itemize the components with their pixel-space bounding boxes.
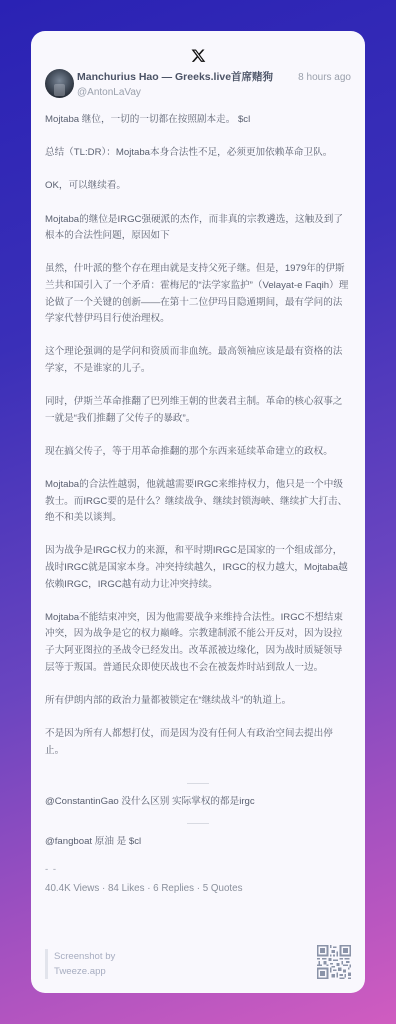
screenshot-credit: Screenshot by Tweeze.app bbox=[45, 949, 115, 979]
author-header: Manchurius Hao — Greeks.live首席赌狗 8 hours… bbox=[45, 69, 351, 98]
post-time: 8 hours ago bbox=[298, 72, 351, 83]
post-paragraph: Mojtaba的合法性越弱，他就越需要IRGC来维持权力，他只是一个中级教士。而… bbox=[45, 477, 351, 527]
thread-reply: @fangboat 原油 是 $cl bbox=[45, 834, 351, 851]
post-paragraph: 同时，伊斯兰革命推翻了巴列维王朝的世袭君主制。革命的核心叙事之一就是“我们推翻了… bbox=[45, 394, 351, 427]
author-display-name[interactable]: Manchurius Hao — Greeks.live首席赌狗 bbox=[77, 69, 273, 84]
post-paragraph: Mojtaba不能结束冲突，因为他需要战争来维持合法性。IRGC不想结束冲突，因… bbox=[45, 610, 351, 676]
avatar[interactable] bbox=[45, 69, 74, 98]
post-paragraph: Mojtaba 继位，一切的一切都在按照剧本走。 $cl bbox=[45, 112, 351, 129]
post-body: Mojtaba 继位，一切的一切都在按照剧本走。 $cl 总结（TL:DR）：M… bbox=[45, 112, 351, 894]
author-handle[interactable]: @AntonLaVay bbox=[77, 87, 351, 98]
post-paragraph: 现在搞父传子，等于用革命推翻的那个东西来延续革命建立的政权。 bbox=[45, 444, 351, 461]
post-paragraph: Mojtaba的继位是IRGC强硬派的杰作，而非真的宗教遴选，这触及到了根本的合… bbox=[45, 212, 351, 245]
post-paragraph: 所有伊朗内部的政治力量都被锁定在“继续战斗”的轨道上。 bbox=[45, 693, 351, 710]
x-logo-icon bbox=[45, 45, 351, 65]
credit-line: Screenshot by bbox=[54, 949, 115, 964]
post-paragraph: 因为战争是IRGC权力的来源，和平时期IRGC是国家的一个组成部分，战时IRGC… bbox=[45, 543, 351, 593]
post-paragraph: 虽然，什叶派的整个存在理由就是支持父死子继。但是，1979年的伊斯兰共和国引入了… bbox=[45, 261, 351, 327]
thread-divider bbox=[187, 783, 209, 784]
tweet-card: Manchurius Hao — Greeks.live首席赌狗 8 hours… bbox=[31, 31, 365, 993]
engagement-stats: 40.4K Views · 84 Likes · 6 Replies · 5 Q… bbox=[45, 883, 351, 894]
footer: Screenshot by Tweeze.app bbox=[45, 945, 351, 979]
qr-code-icon bbox=[317, 945, 351, 979]
post-paragraph: 总结（TL:DR）：Mojtaba本身合法性不足，必须更加依赖革命卫队。 bbox=[45, 145, 351, 162]
thread-reply: @ConstantinGao 没什么区别 实际掌权的都是irgc bbox=[45, 794, 351, 811]
trailing-dashes: - - bbox=[45, 864, 351, 875]
credit-link[interactable]: Tweeze.app bbox=[54, 964, 115, 979]
thread-divider bbox=[187, 823, 209, 824]
post-paragraph: OK，可以继续看。 bbox=[45, 178, 351, 195]
post-paragraph: 不是因为所有人都想打仗，而是因为没有任何人有政治空间去提出停止。 bbox=[45, 726, 351, 759]
post-paragraph: 这个理论强调的是学问和资质而非血统。最高领袖应该是最有资格的法学家，不是谁家的儿… bbox=[45, 344, 351, 377]
